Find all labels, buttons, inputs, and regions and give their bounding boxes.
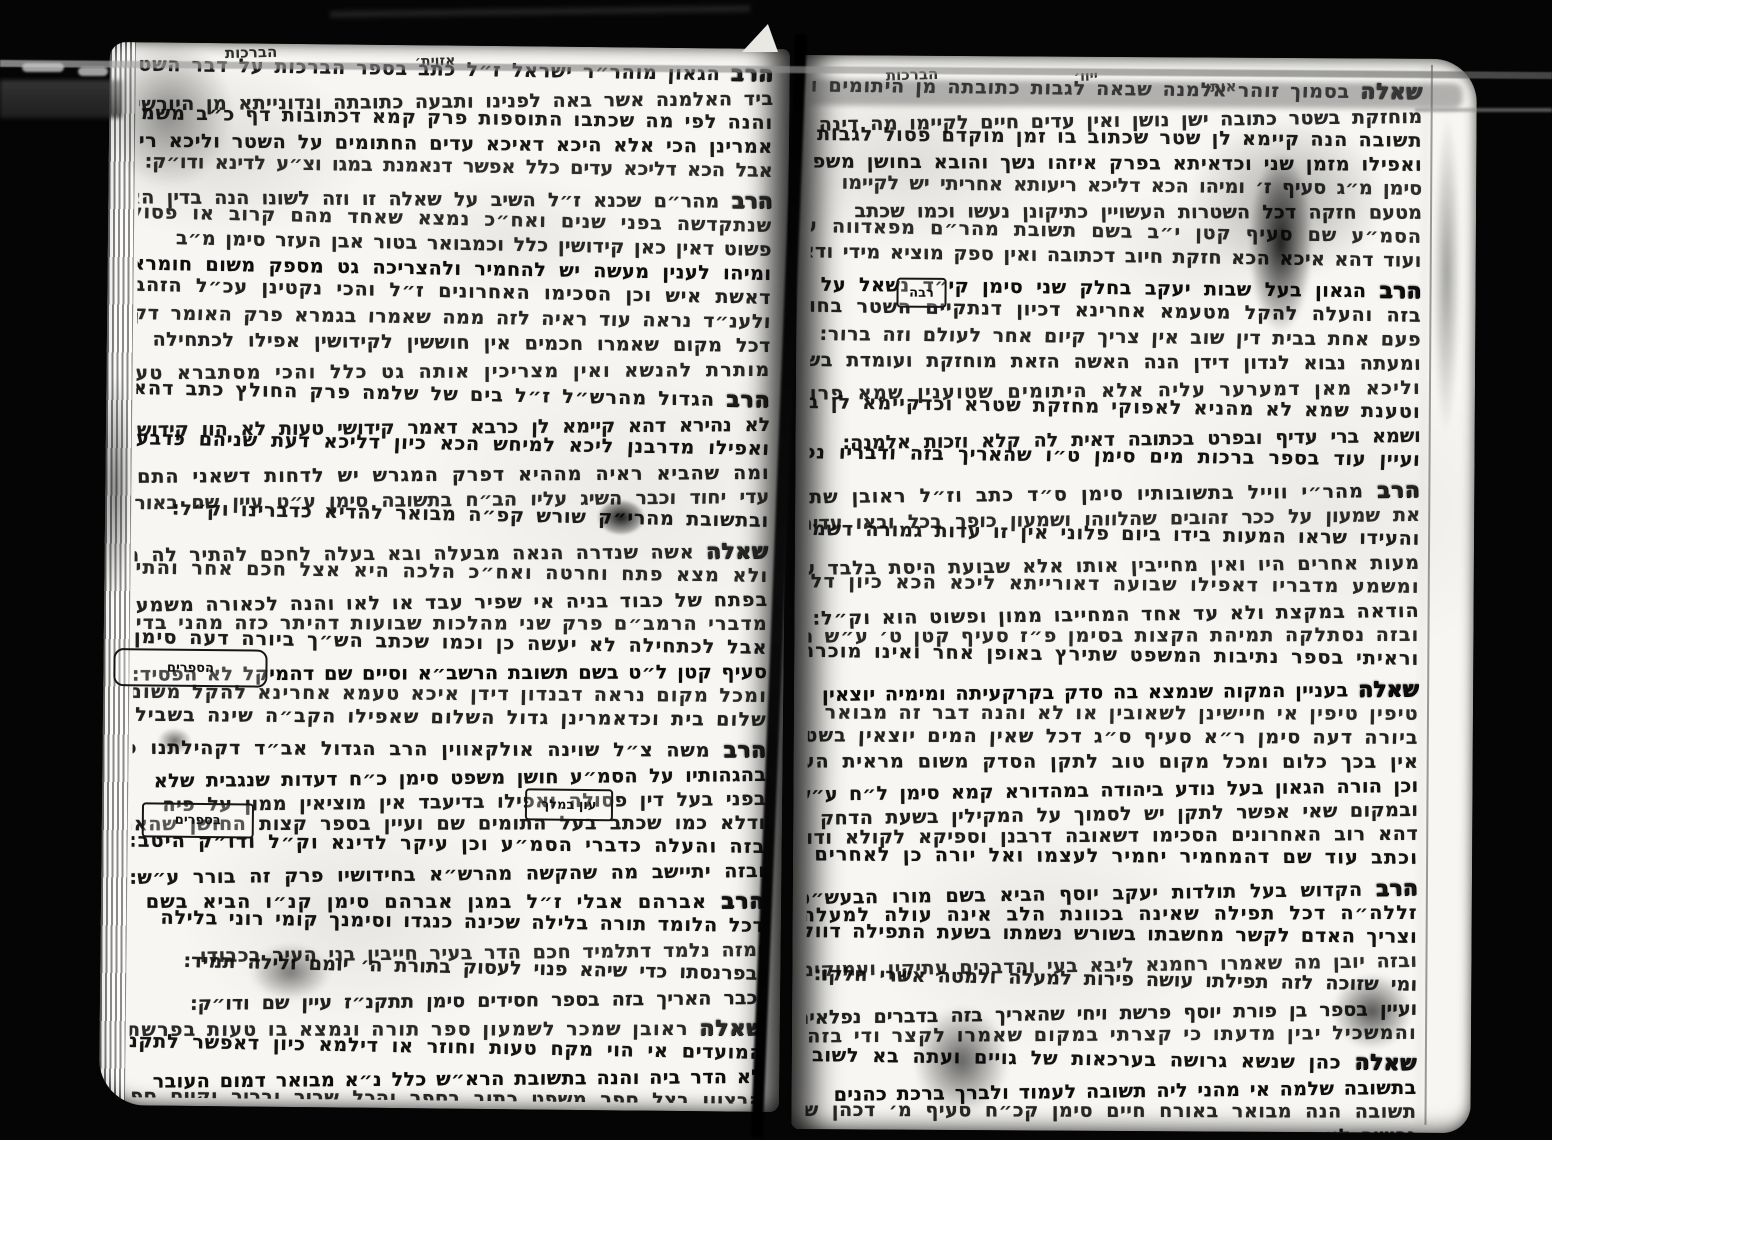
protruding-page-corner [742, 24, 778, 52]
manuscript-line: הרב משה צ״ל שוינה אולקאווין הרב הגדול אב… [132, 736, 766, 763]
ink-stain [1432, 114, 1462, 434]
right-page: הברכות ייוו׳ אותי שאלה בסמוך זוהר אלמנה … [791, 55, 1477, 1133]
inline-note-box: עון במלך [525, 788, 613, 821]
ink-stain [158, 728, 192, 754]
ink-stain [1332, 973, 1412, 1049]
inline-note-text: עון במלך [542, 797, 597, 813]
manuscript-line: שלום בית וכדאמרינן גדול השלום שאפילו הקב… [133, 703, 768, 732]
margin-note-text: הספרים [167, 660, 214, 675]
ink-stain [597, 499, 645, 536]
scan-scratch-streak [330, 5, 750, 18]
binding-string-shadow [0, 80, 122, 118]
string-smear [798, 79, 1463, 109]
manuscript-line: ובזה יתיישב מה שהקשה מהרש״א בחידושיו פרק… [131, 859, 765, 890]
manuscript-line: גרושה לא ישא את כפיו ואין נוהגין בו קדוש… [805, 1124, 1416, 1133]
margin-note-box: הספרים [113, 648, 267, 688]
left-page-text: הרב הגאון מוהר״ר ישראל ז״ל כתב בספר הברכ… [129, 56, 774, 1104]
manuscript-line: וצריך האדם לקשר מחשבתו בשורש נשמתו בשעת … [807, 919, 1418, 949]
margin-note-box: בספרים [142, 802, 254, 838]
manuscript-line: טיפין טיפין אי חיישינן לשאובין או לא והנ… [808, 701, 1419, 726]
manuscript-line: שאלה כהן שנשא גרושה בערכאות של גויים ועת… [806, 1043, 1417, 1076]
manuscript-line: וכבר האריך בזה בספר חסידים סימן תתקנ״ז ע… [130, 986, 764, 1017]
manuscript-line: ומה שהביא ראיה מההיא דפרק המגרש יש לדחות… [135, 461, 769, 489]
inline-note-box: רבה [896, 278, 946, 308]
binding-string-highlight [22, 63, 64, 72]
binding-string-lower [1415, 108, 1552, 112]
scan-black-background: הברכות אזוית׳ הרב הגאון מוהר״ר ישראל ז״ל… [0, 0, 1552, 1140]
ink-stain [250, 944, 331, 1001]
manuscript-photo: הברכות אזוית׳ הרב הגאון מוהר״ר ישראל ז״ל… [0, 0, 1754, 1240]
manuscript-line: תשובה הנה מבואר באורח חיים סימן קכ״ח סעי… [806, 1098, 1417, 1124]
manuscript-line: אין בכך כלום ומכל מקום טוב לתקן הסדק משו… [807, 749, 1419, 773]
manuscript-line: ומשמע מדבריו דאפילו שבועה דאורייתא ליכא … [809, 569, 1420, 598]
ink-stain [914, 1006, 1010, 1117]
manuscript-line: ביורה דעה סימן ר״א סעיף ס״ג דכל שאין המי… [807, 723, 1419, 749]
manuscript-line: ומעתה נבוא לנדון דידן הנה האשה הזאת מוחז… [810, 348, 1421, 376]
margin-note-text: בספרים [175, 813, 221, 828]
page-header-word: הברכות [225, 43, 278, 62]
binding-string-highlight [78, 67, 108, 76]
right-page-crease [1424, 65, 1432, 1125]
manuscript-line: פעם אחת בבית דין שוב אין צריך קיום אחר ל… [810, 322, 1422, 352]
left-page: הברכות אזוית׳ הרב הגאון מוהר״ר ישראל ז״ל… [99, 42, 790, 1112]
inline-note-text: רבה [909, 285, 934, 300]
manuscript-line: וכתב עוד שם דהמחמיר יחמיר לעצמו ואל יורה… [807, 842, 1419, 869]
